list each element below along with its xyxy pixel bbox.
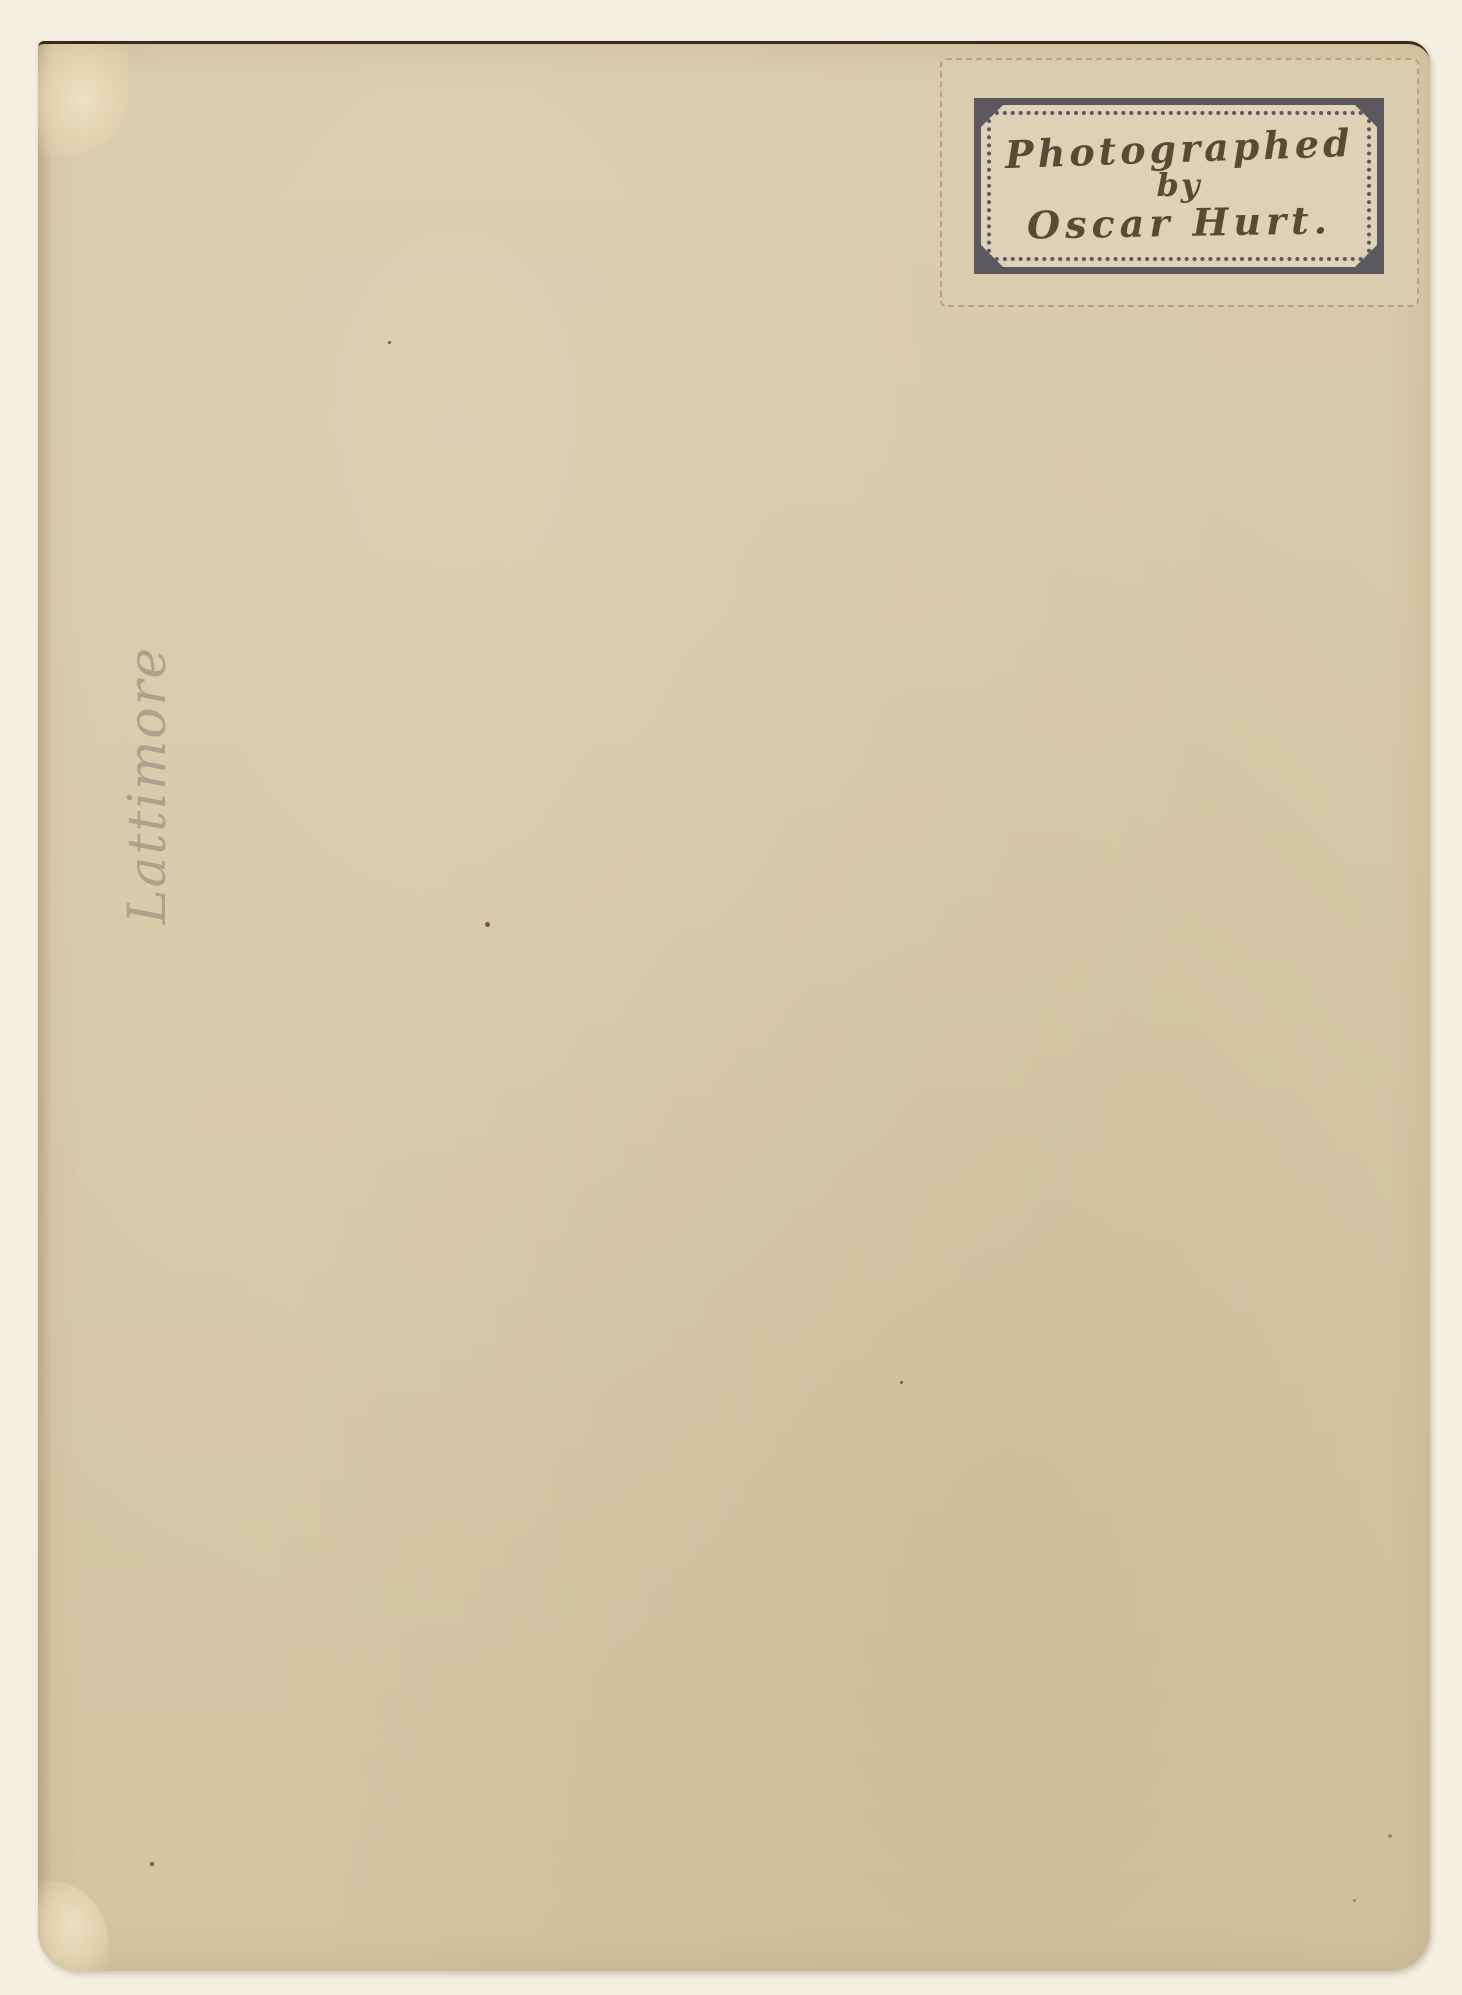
- foxing-spot: [900, 1381, 903, 1384]
- foxing-spot: [1388, 1834, 1392, 1838]
- photographer-label-sticker: Photographed by Oscar Hurt.: [940, 58, 1419, 307]
- card-edge-shadow: [38, 44, 52, 1971]
- label-line-photographed: Photographed: [1004, 123, 1354, 175]
- photographer-credit: Photographed by Oscar Hurt.: [991, 115, 1367, 257]
- foxing-spot: [485, 922, 490, 927]
- corner-wear-top-left: [38, 44, 128, 154]
- label-frame: Photographed by Oscar Hurt.: [974, 98, 1384, 274]
- cabinet-card-back: Photographed by Oscar Hurt. Lattimore: [38, 41, 1430, 1971]
- foxing-spot: [1353, 1899, 1356, 1902]
- pencil-inscription: Lattimore: [118, 646, 178, 924]
- corner-wear-bottom-left: [38, 1881, 108, 1971]
- scan-background: Photographed by Oscar Hurt. Lattimore: [0, 0, 1462, 1995]
- label-line-by: by: [1157, 169, 1202, 203]
- foxing-spot: [388, 341, 391, 344]
- label-line-photographer-name: Oscar Hurt.: [1026, 200, 1331, 245]
- foxing-spot: [150, 1862, 154, 1866]
